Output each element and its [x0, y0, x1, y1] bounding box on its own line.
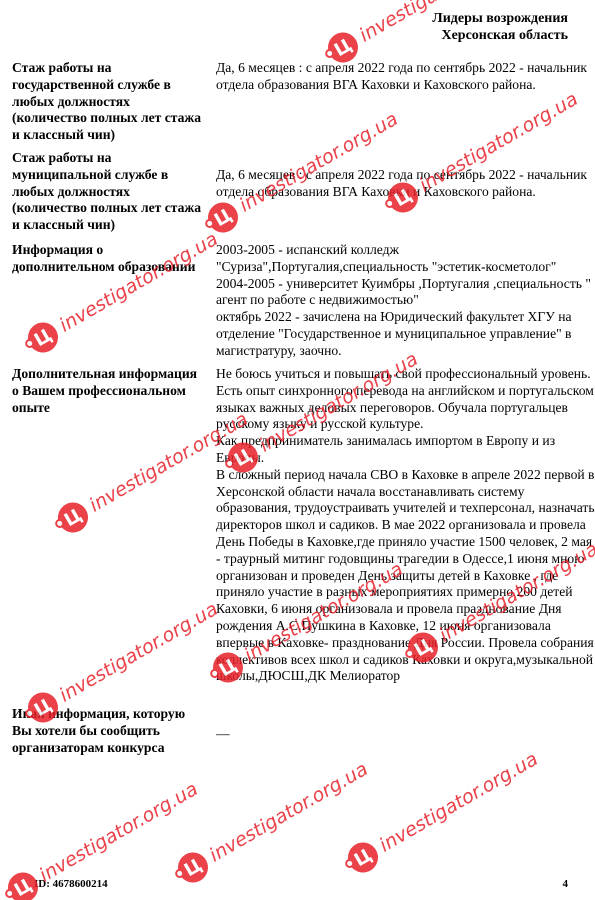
- watermark: Ц investigator.org.ua: [173, 755, 374, 888]
- document-header: Лидеры возрождения Херсонская область: [432, 10, 568, 44]
- field-label: Стаж работы на муниципальной службе в лю…: [12, 150, 202, 234]
- value-paragraph: октябрь 2022 - зачислена на Юридический …: [216, 309, 595, 359]
- watermark: Ц investigator.org.ua: [343, 745, 544, 878]
- watermark-text: investigator.org.ua: [376, 748, 542, 857]
- watermark-logo-icon: Ц: [23, 317, 64, 358]
- field-value: 2003-2005 - испанский колледж "Суриза",П…: [216, 242, 595, 360]
- watermark-text: investigator.org.ua: [56, 598, 222, 707]
- watermark-logo-icon: Ц: [203, 197, 244, 238]
- field-label: Иная информация, которую Вы хотели бы со…: [12, 706, 202, 756]
- field-value: Да, 6 месяцев : с апреля 2022 года по се…: [216, 60, 595, 94]
- watermark-text: investigator.org.ua: [36, 778, 202, 887]
- watermark-logo-icon: Ц: [173, 847, 214, 888]
- field-label: Дополнительная информация о Вашем профес…: [12, 366, 202, 416]
- value-paragraph: 2004-2005 - университет Куимбры ,Португа…: [216, 276, 595, 310]
- field-value: Не боюсь учиться и повышать свой професс…: [216, 366, 595, 685]
- value-paragraph: В сложный период начала СВО в Каховке в …: [216, 467, 595, 685]
- header-title: Лидеры возрождения: [432, 10, 568, 27]
- value-paragraph: Да, 6 месяцев : с апреля 2022 года по се…: [216, 167, 595, 201]
- value-paragraph: 2003-2005 - испанский колледж "Суриза",П…: [216, 242, 595, 276]
- document-id: ID: 4678600214: [34, 878, 108, 890]
- value-paragraph: Как предприниматель занималась импортом …: [216, 433, 595, 467]
- field-value: Да, 6 месяцев : с апреля 2022 года по се…: [216, 167, 595, 201]
- field-label: Стаж работы на государственной службе в …: [12, 60, 202, 144]
- value-paragraph: Да, 6 месяцев : с апреля 2022 года по се…: [216, 60, 595, 94]
- field-label: Информация о дополнительном образовании: [12, 242, 202, 276]
- header-region: Херсонская область: [432, 27, 568, 44]
- value-paragraph: —: [216, 726, 595, 743]
- field-value: —: [216, 726, 595, 743]
- watermark-logo-icon: Ц: [53, 497, 94, 538]
- watermark-text: investigator.org.ua: [206, 758, 372, 867]
- value-paragraph: Не боюсь учиться и повышать свой професс…: [216, 366, 595, 433]
- page-number: 4: [563, 878, 569, 890]
- watermark-logo-icon: Ц: [343, 837, 384, 878]
